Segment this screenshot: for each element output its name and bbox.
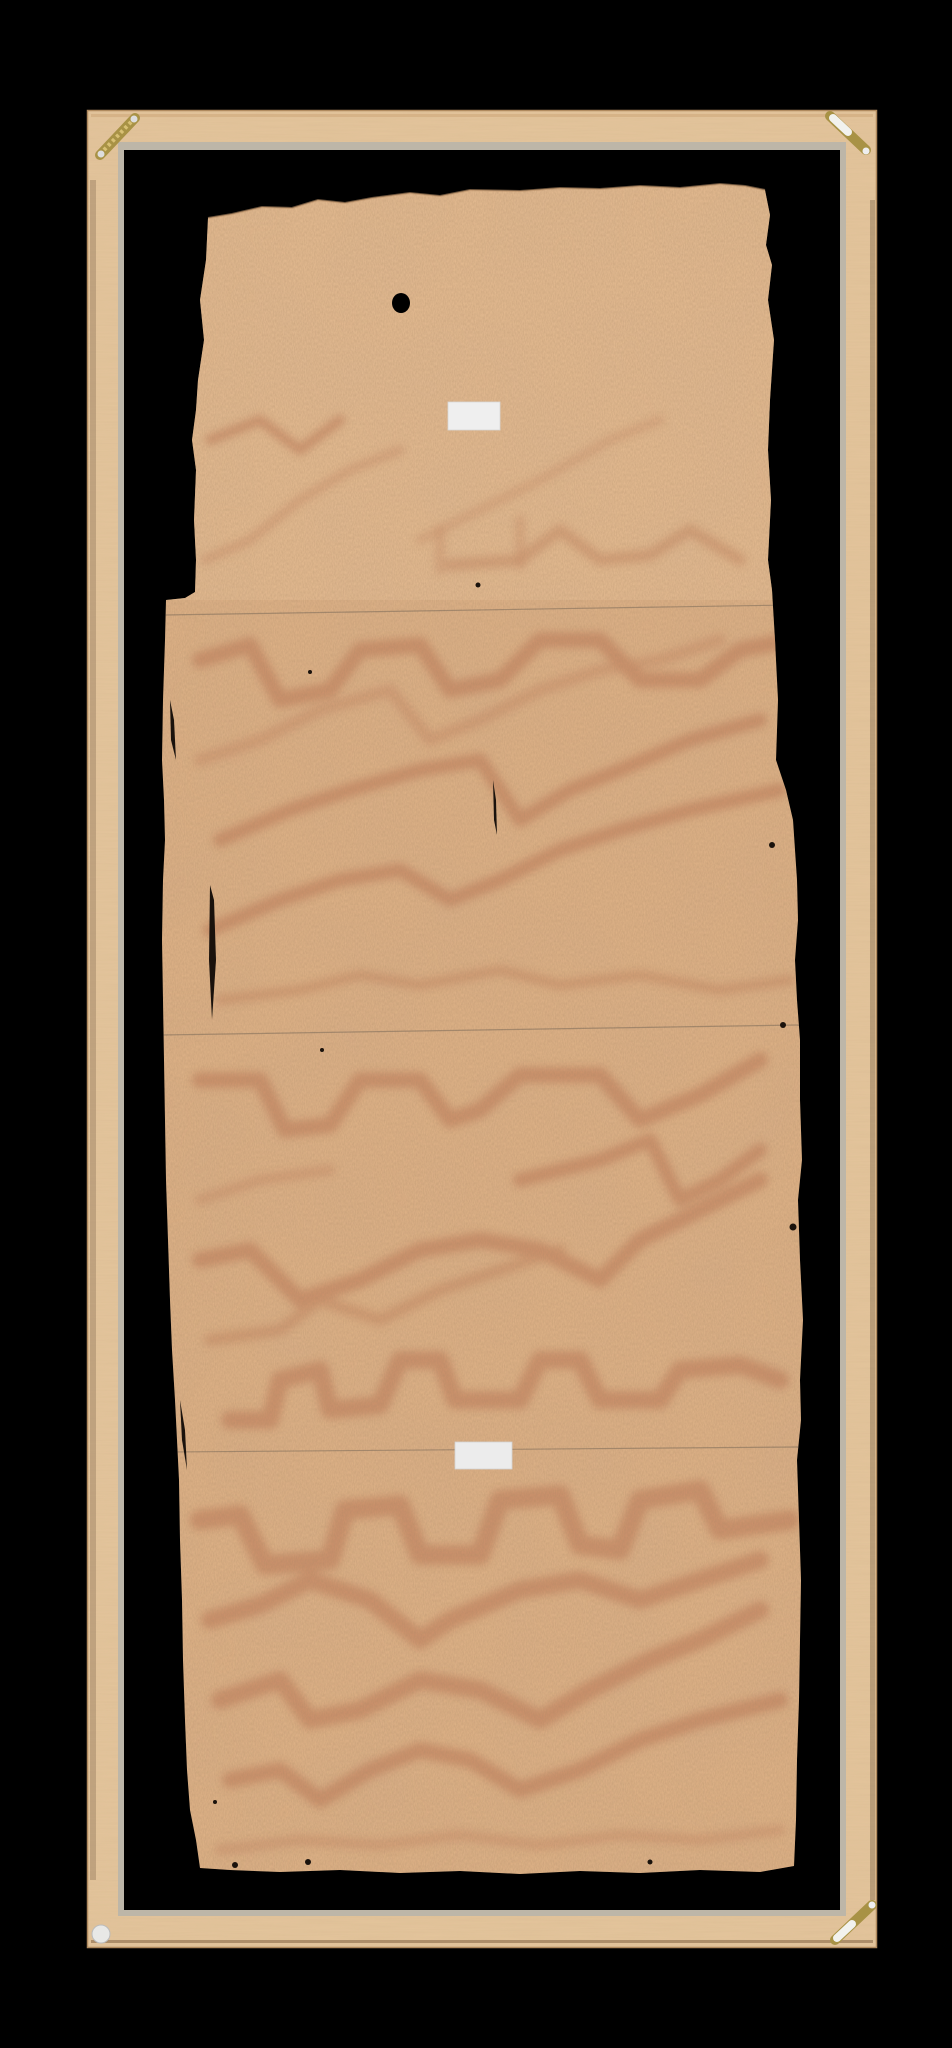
catalog-label-top	[448, 402, 500, 430]
catalog-label-bottom	[455, 1442, 512, 1469]
framed-bark-cloth-photo	[0, 0, 952, 2048]
bumper-pad-icon	[92, 1925, 110, 1943]
bark-cloth	[150, 180, 820, 1890]
cloth-hole	[392, 293, 410, 313]
